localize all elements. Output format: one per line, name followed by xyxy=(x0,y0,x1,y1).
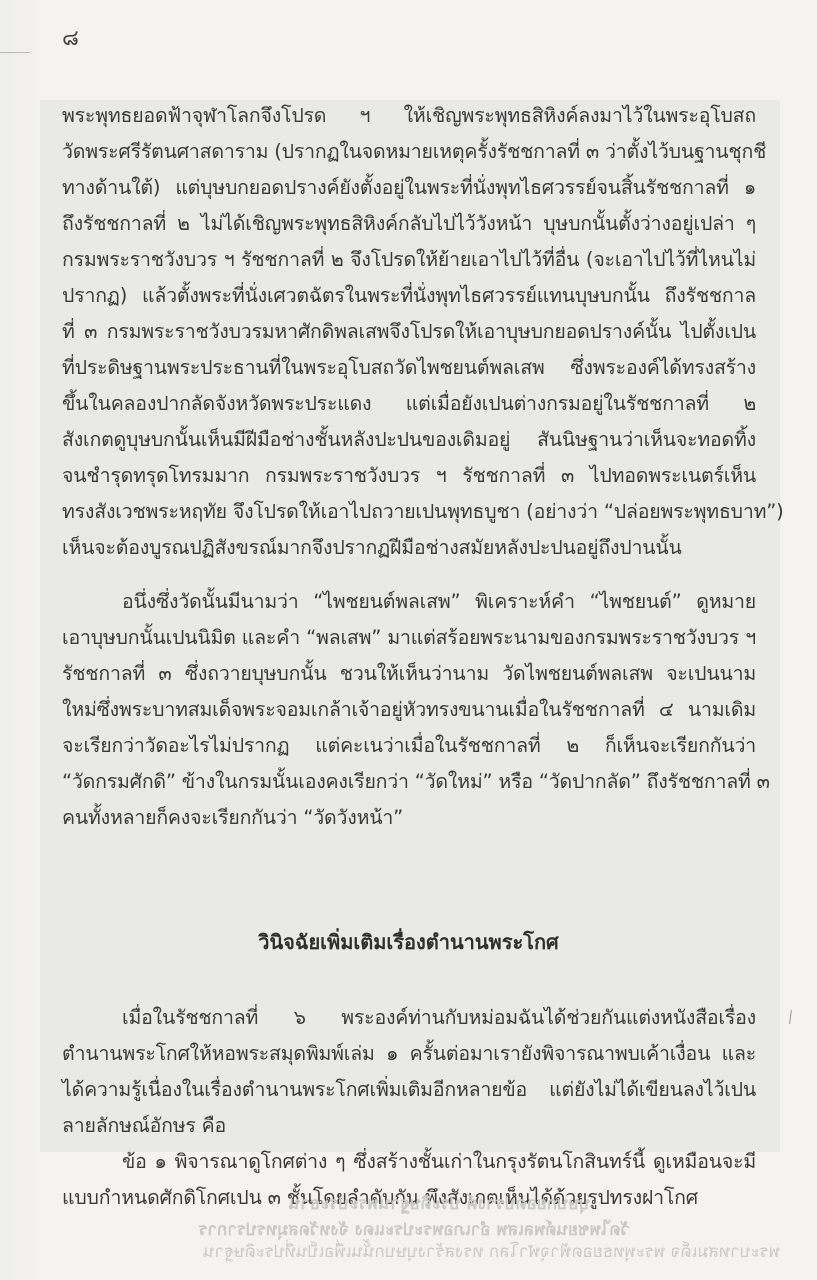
scan-scratch-mark xyxy=(789,1010,792,1024)
text-line: ขึ้นในคลองปากลัดจังหวัดพระประแดง แต่เมื่… xyxy=(62,386,756,422)
bleed-through-text: บุษบกยอดปรางค์ ประดิษฐานพระประธาน xyxy=(290,1196,590,1213)
bleed-through-text: วัดไพชยนต์พลเสพ อำเภอพระประแดง จังหวัดสม… xyxy=(290,1222,630,1239)
paragraph-3: เมื่อในรัชชกาลที่ ๖ พระองค์ท่านกับหม่อมฉ… xyxy=(62,1000,756,1144)
text-line: “วัดกรมศักดิ” ข้างในกรมนั้นเองคงเรียกว่า… xyxy=(62,764,756,800)
text-line: ที่ ๓ กรมพระราชวังบวรมหาศักดิพลเสพจึงโปร… xyxy=(62,314,756,350)
text-line: ปรากฏ) แล้วตั้งพระที่นั่งเศวตฉัตรในพระที… xyxy=(62,278,756,314)
text-line: ใหม่ซึ่งพระบาทสมเด็จพระจอมเกล้าเจ้าอยู่ห… xyxy=(62,692,756,728)
text-line: รัชชกาลที่ ๓ ซึ่งถวายบุษบกนั้น ชวนให้เห็… xyxy=(62,656,756,692)
text-line: เอาบุษบกนั้นเปนนิมิต และคำ “พลเสพ” มาแต่… xyxy=(62,620,756,656)
text-line: ตำนานพระโกศให้หอพระสมุดพิมพ์เล่ม ๑ ครั้น… xyxy=(62,1036,756,1072)
text-line: อนึ่งซึ่งวัดนั้นมีนามว่า “ไพชยนต์พลเสพ” … xyxy=(62,584,756,620)
text-line: เห็นจะต้องบูรณปฏิสังขรณ์มากจึงปรากฏฝีมือ… xyxy=(62,530,756,566)
section-heading: วินิจฉัยเพิ่มเติมเรื่องตำนานพระโกศ xyxy=(0,926,817,958)
paragraph-2: อนึ่งซึ่งวัดนั้นมีนามว่า “ไพชยนต์พลเสพ” … xyxy=(62,584,756,836)
bleed-through-text: พระบาทสมเด็จ พระพุทธยอดฟ้าจุฬาโลก ทรงสร้… xyxy=(40,1244,780,1261)
paragraph-1: พระพุทธยอดฟ้าจุฬาโลกจึงโปรด ฯ ให้เชิญพระ… xyxy=(62,98,756,566)
text-line: ข้อ ๑ พิจารณาดูโกศต่าง ๆ ซึ่งสร้างชั้นเก… xyxy=(62,1144,756,1180)
text-line: ทางด้านใต้) แต่บุษบกยอดปรางค์ยังตั้งอยู่… xyxy=(62,170,756,206)
text-line: ที่ประดิษฐานพระประธานที่ในพระอุโบสถวัดไพ… xyxy=(62,350,756,386)
text-line: สังเกตดูบุษบกนั้นเห็นมีฝีมือช่างชั้นหลัง… xyxy=(62,422,756,458)
text-line: ได้ความรู้เนื่องในเรื่องตำนานพระโกศเพิ่ม… xyxy=(62,1072,756,1108)
page-gutter xyxy=(0,0,40,1280)
text-line: ทรงสังเวชพระหฤทัย จึงโปรดให้เอาไปถวายเปน… xyxy=(62,494,756,530)
text-line: กรมพระราชวังบวร ฯ รัชชกาลที่ ๒ จึงโปรดให… xyxy=(62,242,756,278)
page-number: ๘ xyxy=(62,28,79,50)
margin-mark xyxy=(0,52,30,53)
text-line: พระพุทธยอดฟ้าจุฬาโลกจึงโปรด ฯ ให้เชิญพระ… xyxy=(62,98,756,134)
text-line: ถึงรัชชกาลที่ ๒ ไม่ได้เชิญพระพุทธสิหิงค์… xyxy=(62,206,756,242)
text-line: ลายลักษณ์อักษร คือ xyxy=(62,1108,756,1144)
text-line: วัดพระศรีรัตนศาสดาราม (ปรากฏในจดหมายเหตุ… xyxy=(62,134,756,170)
text-line: จนชำรุดทรุดโทรมมาก กรมพระราชวังบวร ฯ รัช… xyxy=(62,458,756,494)
text-line: คนทั้งหลายก็คงจะเรียกกันว่า “วัดวังหน้า” xyxy=(62,800,756,836)
text-line: จะเรียกว่าวัดอะไรไม่ปรากฏ แต่คะเนว่าเมื่… xyxy=(62,728,756,764)
text-line: เมื่อในรัชชกาลที่ ๖ พระองค์ท่านกับหม่อมฉ… xyxy=(62,1000,756,1036)
